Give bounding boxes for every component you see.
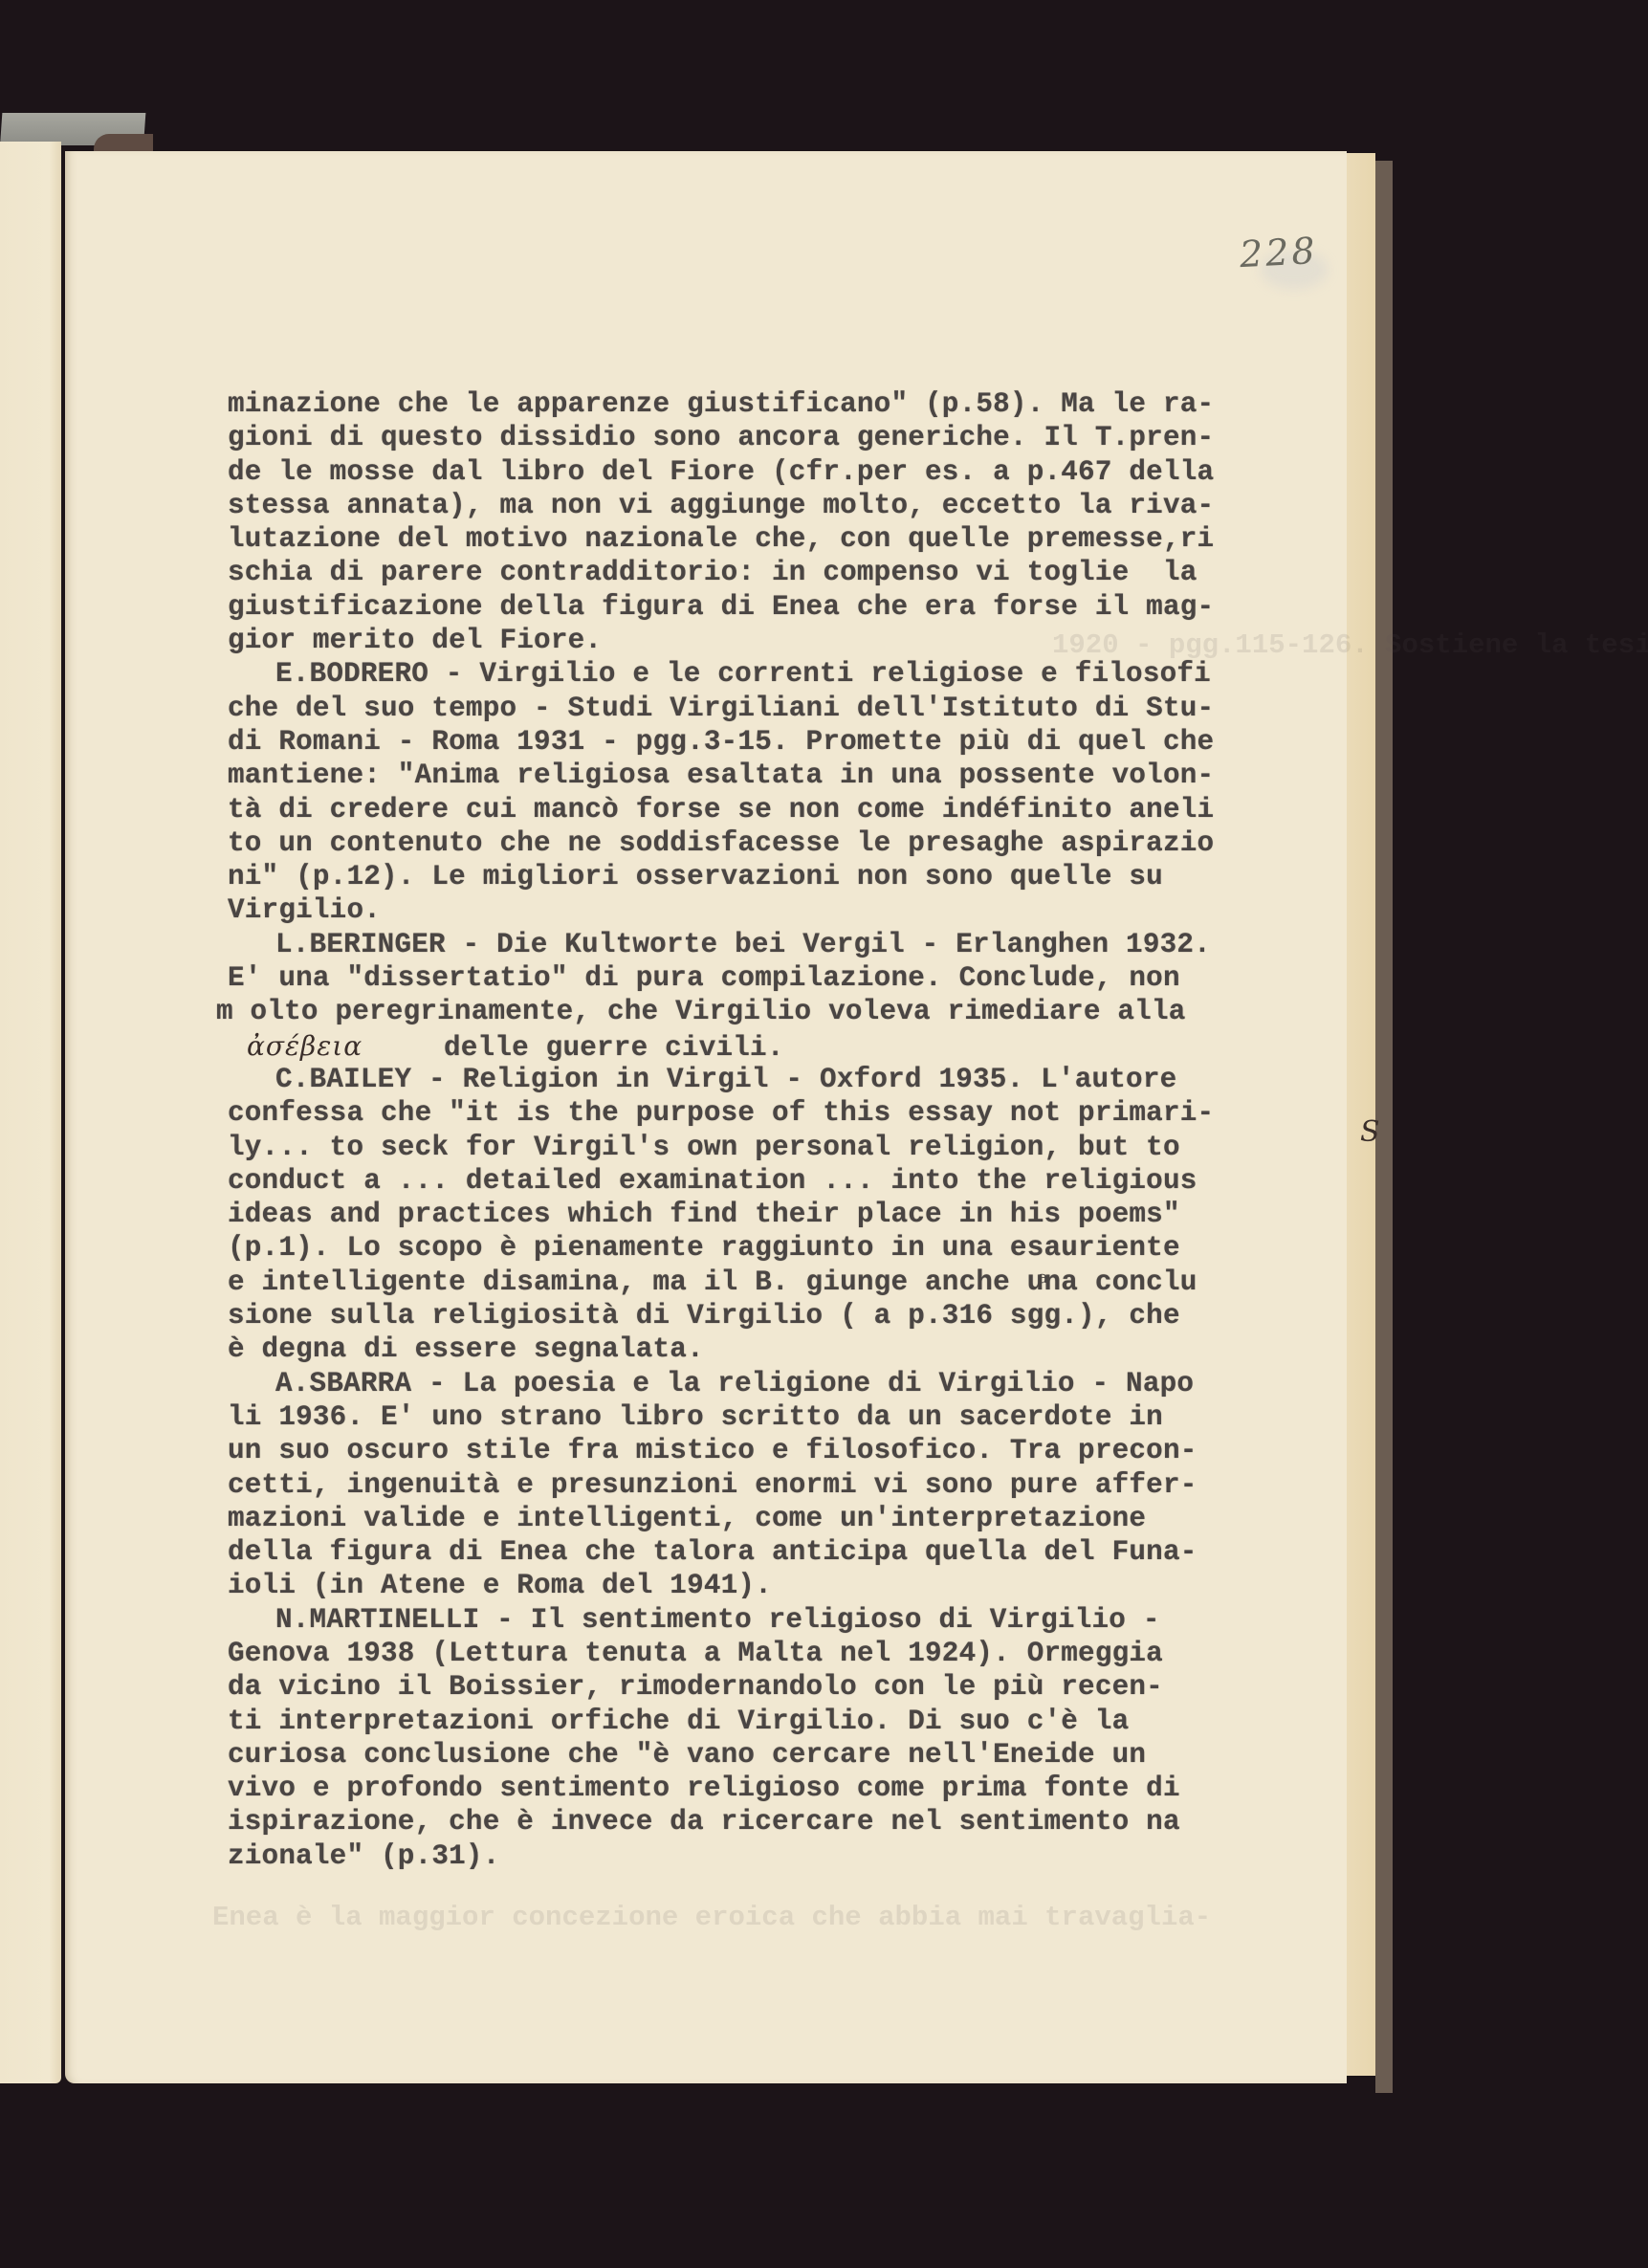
text-line: gior merito del Fiore. — [228, 624, 1289, 657]
text-line: e intelligente disamina, ma il B. giunge… — [228, 1266, 1289, 1299]
text-line: da vicino il Boissier, rimodernandolo co… — [228, 1670, 1289, 1704]
text-line: zionale" (p.31). — [228, 1839, 1289, 1873]
text-line: un suo oscuro stile fra mistico e filoso… — [228, 1434, 1289, 1467]
text-line-with-annotation: ἀσέβειαdelle guerre civili. — [228, 1029, 1289, 1063]
text-line: ni" (p.12). Le migliori osservazioni non… — [228, 860, 1289, 893]
text-line: cetti, ingenuità e presunzioni enormi vi… — [228, 1468, 1289, 1502]
facing-page-edge — [0, 142, 61, 2083]
text-line: ly... to seck for Virgil's own personal … — [228, 1131, 1289, 1164]
entry-heading-sbarra: A.SBARRA - La poesia e la religione di V… — [228, 1367, 1289, 1400]
bleed-through-text: Enea è la maggior concezione eroica che … — [212, 1902, 1211, 1933]
entry-heading-martinelli: N.MARTINELLI - Il sentimento religioso d… — [228, 1603, 1289, 1637]
text-line: vivo e profondo sentimento religioso com… — [228, 1772, 1289, 1805]
text-line: ideas and practices which find their pla… — [228, 1198, 1289, 1231]
left-book-binding — [94, 134, 153, 153]
text-line: stessa annata), ma non vi aggiunge molto… — [228, 489, 1289, 522]
entry-heading-bailey: C.BAILEY - Religion in Virgil - Oxford 1… — [228, 1063, 1289, 1096]
text-line: ioli (in Atene e Roma del 1941). — [228, 1569, 1289, 1602]
text-line: li 1936. E' uno strano libro scritto da … — [228, 1400, 1289, 1434]
text-line: confessa che "it is the purpose of this … — [228, 1096, 1289, 1130]
text-line: lutazione del motivo nazionale che, con … — [228, 522, 1289, 556]
text-line: (p.1). Lo scopo è pienamente raggiunto i… — [228, 1231, 1289, 1265]
text-line: de le mosse dal libro del Fiore (cfr.per… — [228, 455, 1289, 489]
text-line: Genova 1938 (Lettura tenuta a Malta nel … — [228, 1637, 1289, 1670]
text-line: gioni di questo dissidio sono ancora gen… — [228, 421, 1289, 454]
text-line: m olto peregrinamente, che Virgilio vole… — [216, 995, 1289, 1028]
text-line: ispirazione, che è invece da ricercare n… — [228, 1805, 1289, 1839]
typewritten-text-block: minazione che le apparenze giustificano"… — [228, 387, 1289, 1873]
handwritten-greek-annotation: ἀσέβεια — [228, 1029, 444, 1063]
text-line: di Romani - Roma 1931 - pgg.3-15. Promet… — [228, 725, 1289, 759]
text-line: tà di credere cui mancò forse se non com… — [228, 793, 1289, 826]
text-line: mantiene: "Anima religiosa esaltata in u… — [228, 759, 1289, 792]
text-line: che del suo tempo - Studi Virgiliani del… — [228, 692, 1289, 725]
page-fore-edge — [1347, 153, 1375, 2076]
text-line: schia di parere contradditorio: in compe… — [228, 556, 1289, 589]
handwritten-insertion-mark: a — [1038, 1267, 1048, 1288]
text-line: giustificazione della figura di Enea che… — [228, 590, 1289, 624]
text-line: ti interpretazioni orfiche di Virgilio. … — [228, 1705, 1289, 1738]
text-line: minazione che le apparenze giustificano"… — [228, 387, 1289, 421]
text-line: sione sulla religiosità di Virgilio ( a … — [228, 1299, 1289, 1332]
folio-number: 228 — [1239, 230, 1319, 275]
text-line: della figura di Enea che talora anticipa… — [228, 1535, 1289, 1569]
handwritten-margin-mark: S — [1360, 1115, 1380, 1149]
text-line: è degna di essere segnalata. — [228, 1332, 1289, 1366]
entry-heading-bodrero: E.BODRERO - Virgilio e le correnti relig… — [228, 657, 1289, 691]
text-line: to un contenuto che ne soddisfacesse le … — [228, 826, 1289, 860]
entry-heading-beringer: L.BERINGER - Die Kultworte bei Vergil - … — [228, 928, 1289, 961]
text-fragment: delle guerre civili. — [444, 1032, 784, 1064]
text-line: conduct a ... detailed examination ... i… — [228, 1164, 1289, 1198]
text-line: mazioni valide e intelligenti, come un'i… — [228, 1502, 1289, 1535]
text-line: Virgilio. — [228, 893, 1289, 927]
text-line: E' una "dissertatio" di pura compilazion… — [228, 961, 1289, 995]
text-line: curiosa conclusione che "è vano cercare … — [228, 1738, 1289, 1772]
